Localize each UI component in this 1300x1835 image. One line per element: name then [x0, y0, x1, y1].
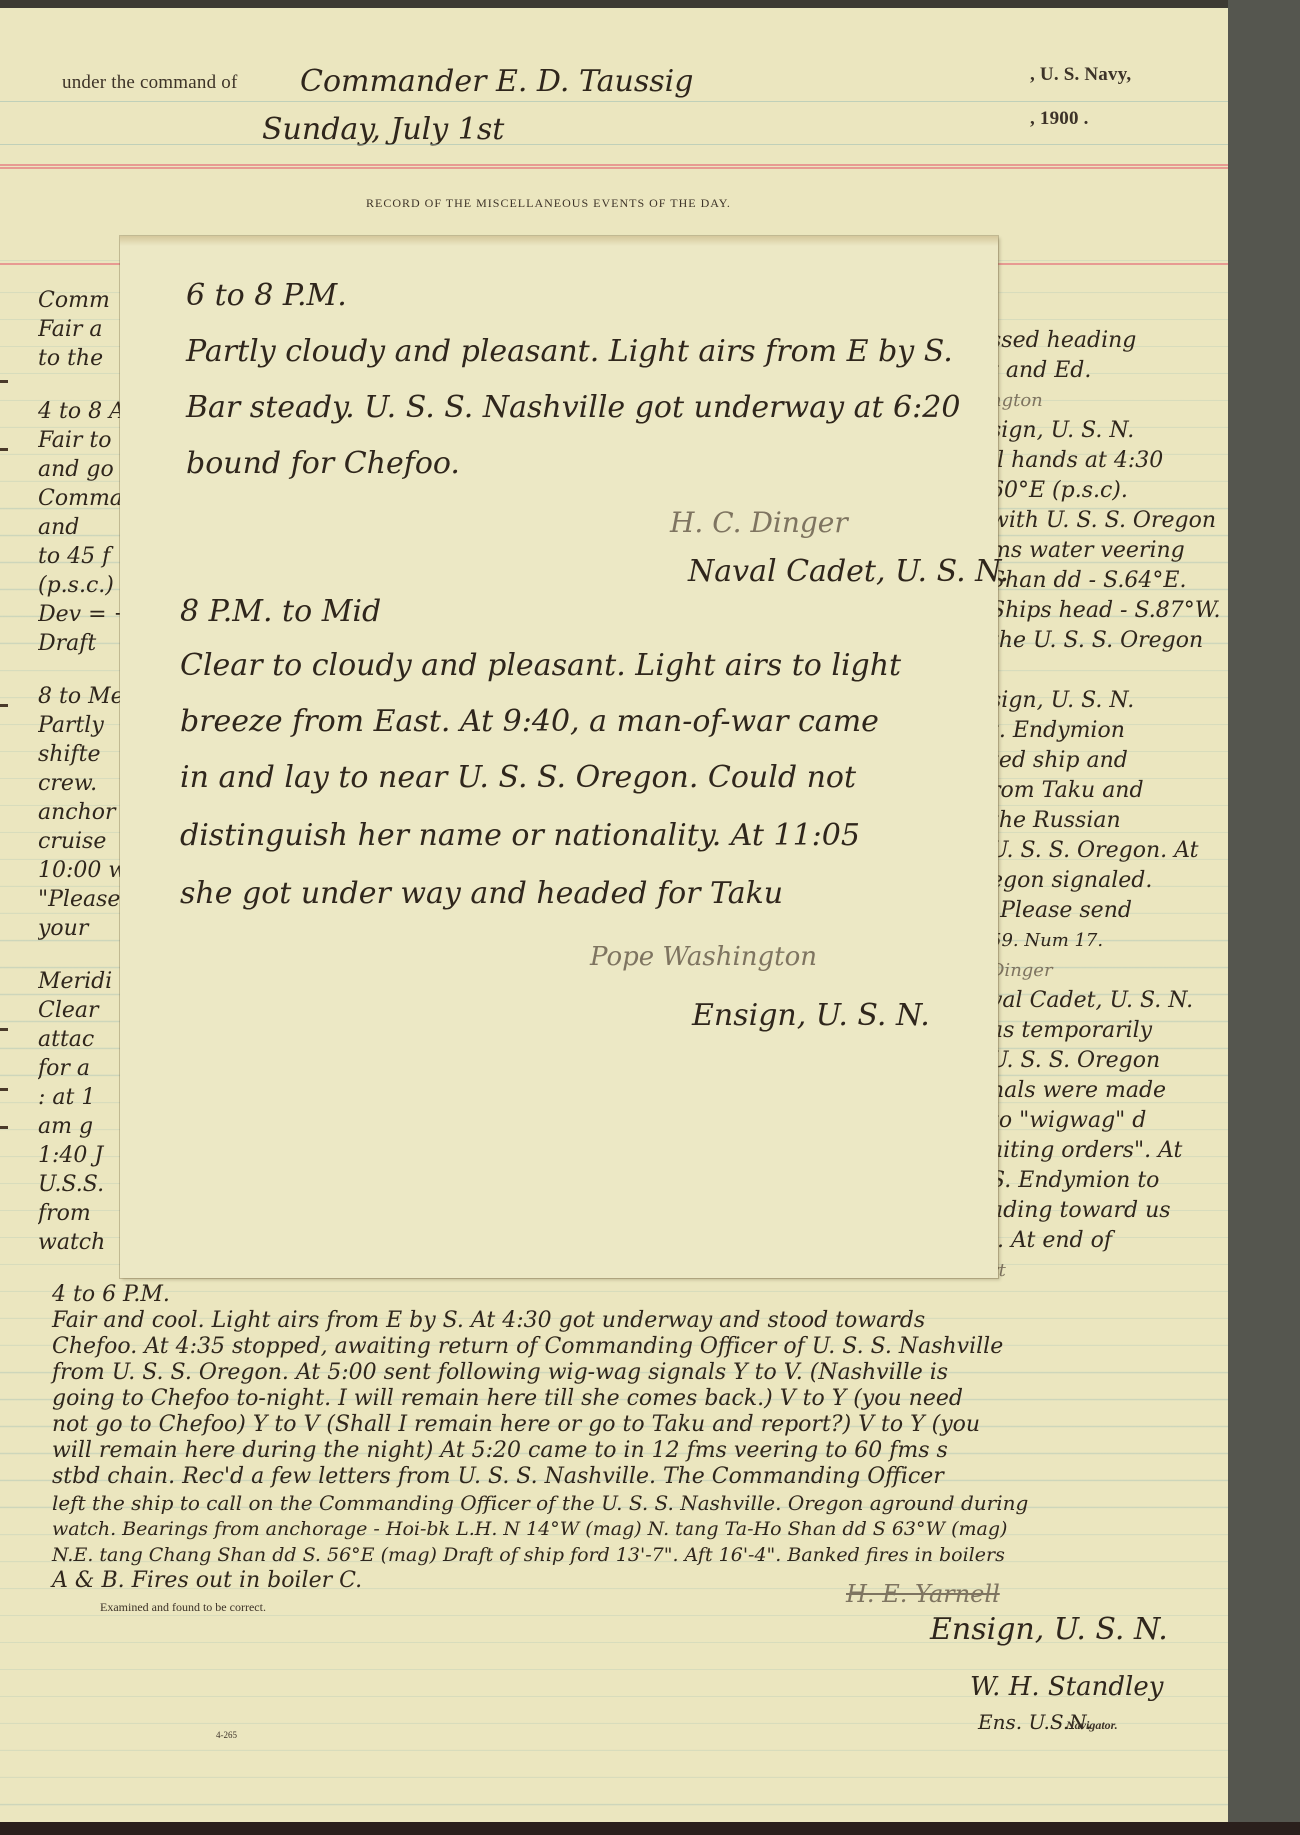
margin-line: rom Taku and [990, 776, 1220, 806]
log-page: under the command of Commander E. D. Tau… [0, 8, 1228, 1822]
margin-line: 60°E (p.s.c). [990, 476, 1220, 506]
watch-label: 8 P.M. to Mid [180, 594, 381, 629]
log-line: distinguish her name or nationality. At … [180, 818, 860, 853]
margin-line: ms water veering [990, 536, 1220, 566]
pasted-slip: 6 to 8 P.M. Partly cloudy and pleasant. … [120, 236, 998, 1278]
service-label: , U. S. Navy, [1030, 64, 1131, 86]
margin-line: the Russian [990, 806, 1220, 836]
page-header-area [0, 8, 1228, 258]
watch-label: 6 to 8 P.M. [186, 278, 347, 313]
watch-label: 4 to 6 P.M. [52, 1282, 1222, 1308]
examined-label: Examined and found to be correct. [100, 1600, 266, 1615]
form-number: 4-265 [216, 1730, 237, 1740]
log-line: Partly cloudy and pleasant. Light airs f… [186, 334, 953, 369]
log-line: she got under way and headed for Taku [180, 876, 783, 911]
struck-signature: H. E. Yarnell [846, 1580, 1000, 1608]
margin-line: Dinger [990, 956, 1220, 986]
log-line: Chefoo. At 4:35 stopped, awaiting return… [52, 1334, 1222, 1360]
margin-line: S. Endymion to [990, 1166, 1220, 1196]
navigator-signature: W. H. Standley [970, 1672, 1163, 1702]
log-line: breeze from East. At 9:40, a man-of-war … [180, 704, 879, 739]
log-line: from U. S. S. Oregon. At 5:00 sent follo… [52, 1360, 1222, 1386]
header-rule [0, 101, 1228, 102]
margin-line: to "wigwag" d [990, 1106, 1220, 1136]
command-label: under the command of [62, 72, 237, 94]
navigator-label: Navigator. [1066, 1718, 1118, 1733]
margin-line: ted ship and [990, 746, 1220, 776]
commander-name: Commander E. D. Taussig [300, 64, 693, 99]
margin-line: U. S. S. Oregon. At [990, 836, 1220, 866]
margin-line: as temporarily [990, 1016, 1220, 1046]
margin-line: t and Ed. [990, 356, 1220, 386]
margin-line: ngton [990, 386, 1220, 416]
margin-line: nals were made [990, 1076, 1220, 1106]
margin-line: Shan dd - S.64°E. [990, 566, 1220, 596]
log-line: Fair and cool. Light airs from E by S. A… [52, 1308, 1222, 1334]
margin-line: val Cadet, U. S. N. [990, 986, 1220, 1016]
log-line: bound for Chefoo. [186, 446, 460, 481]
bottom-log-entry: 4 to 6 P.M. Fair and cool. Light airs fr… [52, 1304, 1222, 1594]
margin-line: ll hands at 4:30 [990, 446, 1220, 476]
margin-line: l. At end of [990, 1226, 1220, 1256]
officer-rank: Naval Cadet, U. S. N. [688, 554, 1009, 589]
section-heading: RECORD OF THE MISCELLANEOUS EVENTS OF TH… [366, 196, 731, 211]
margin-line: t. Endymion [990, 716, 1220, 746]
log-line: will remain here during the night) At 5:… [52, 1438, 1222, 1464]
scan-background-right [1228, 0, 1300, 1835]
margin-line: sign, U. S. N. [990, 416, 1220, 446]
log-year: , 1900 . [1030, 108, 1089, 130]
log-line: left the ship to call on the Commanding … [52, 1490, 1222, 1516]
log-line: in and lay to near U. S. S. Oregon. Coul… [180, 760, 856, 795]
log-line: Clear to cloudy and pleasant. Light airs… [180, 648, 901, 683]
header-rule [0, 144, 1228, 145]
header-double-rule [0, 164, 1228, 169]
log-line: not go to Chefoo) Y to V (Shall I remain… [52, 1412, 1222, 1438]
margin-line: 59. Num 17. [990, 926, 1220, 956]
log-line: stbd chain. Rec'd a few letters from U. … [52, 1464, 1222, 1490]
slip-stain [120, 236, 998, 246]
log-line: going to Chefoo to-night. I will remain … [52, 1386, 1222, 1412]
margin-line: with U. S. S. Oregon [990, 506, 1220, 536]
margin-line: sign, U. S. N. [990, 686, 1220, 716]
margin-line: ading toward us [990, 1196, 1220, 1226]
log-line: A & B. Fires out in boiler C. [52, 1568, 1222, 1594]
margin-line: U. S. S. Oregon [990, 1046, 1220, 1076]
margin-line: egon signaled. [990, 866, 1220, 896]
log-day: Sunday, July 1st [262, 112, 504, 147]
log-line: watch. Bearings from anchorage - Hoi-bk … [52, 1516, 1222, 1542]
log-line: Bar steady. U. S. S. Nashville got under… [186, 390, 960, 425]
margin-line: the U. S. S. Oregon [990, 626, 1220, 656]
margin-line: "Please send [990, 896, 1220, 926]
log-line: N.E. tang Chang Shan dd S. 56°E (mag) Dr… [52, 1542, 1222, 1568]
officer-rank: Ensign, U. S. N. [692, 998, 930, 1033]
margin-line: Ships head - S.87°W. [990, 596, 1220, 626]
officer-signature: Pope Washington [590, 942, 817, 972]
officer-signature: H. C. Dinger [670, 506, 848, 539]
scan-background-bottom [0, 1822, 1300, 1835]
margin-line: ssed heading [990, 326, 1220, 356]
right-margin-text: ssed heading t and Ed. ngton sign, U. S.… [990, 326, 1220, 1286]
officer-rank: Ensign, U. S. N. [930, 1612, 1168, 1647]
margin-line: aiting orders". At [990, 1136, 1220, 1166]
